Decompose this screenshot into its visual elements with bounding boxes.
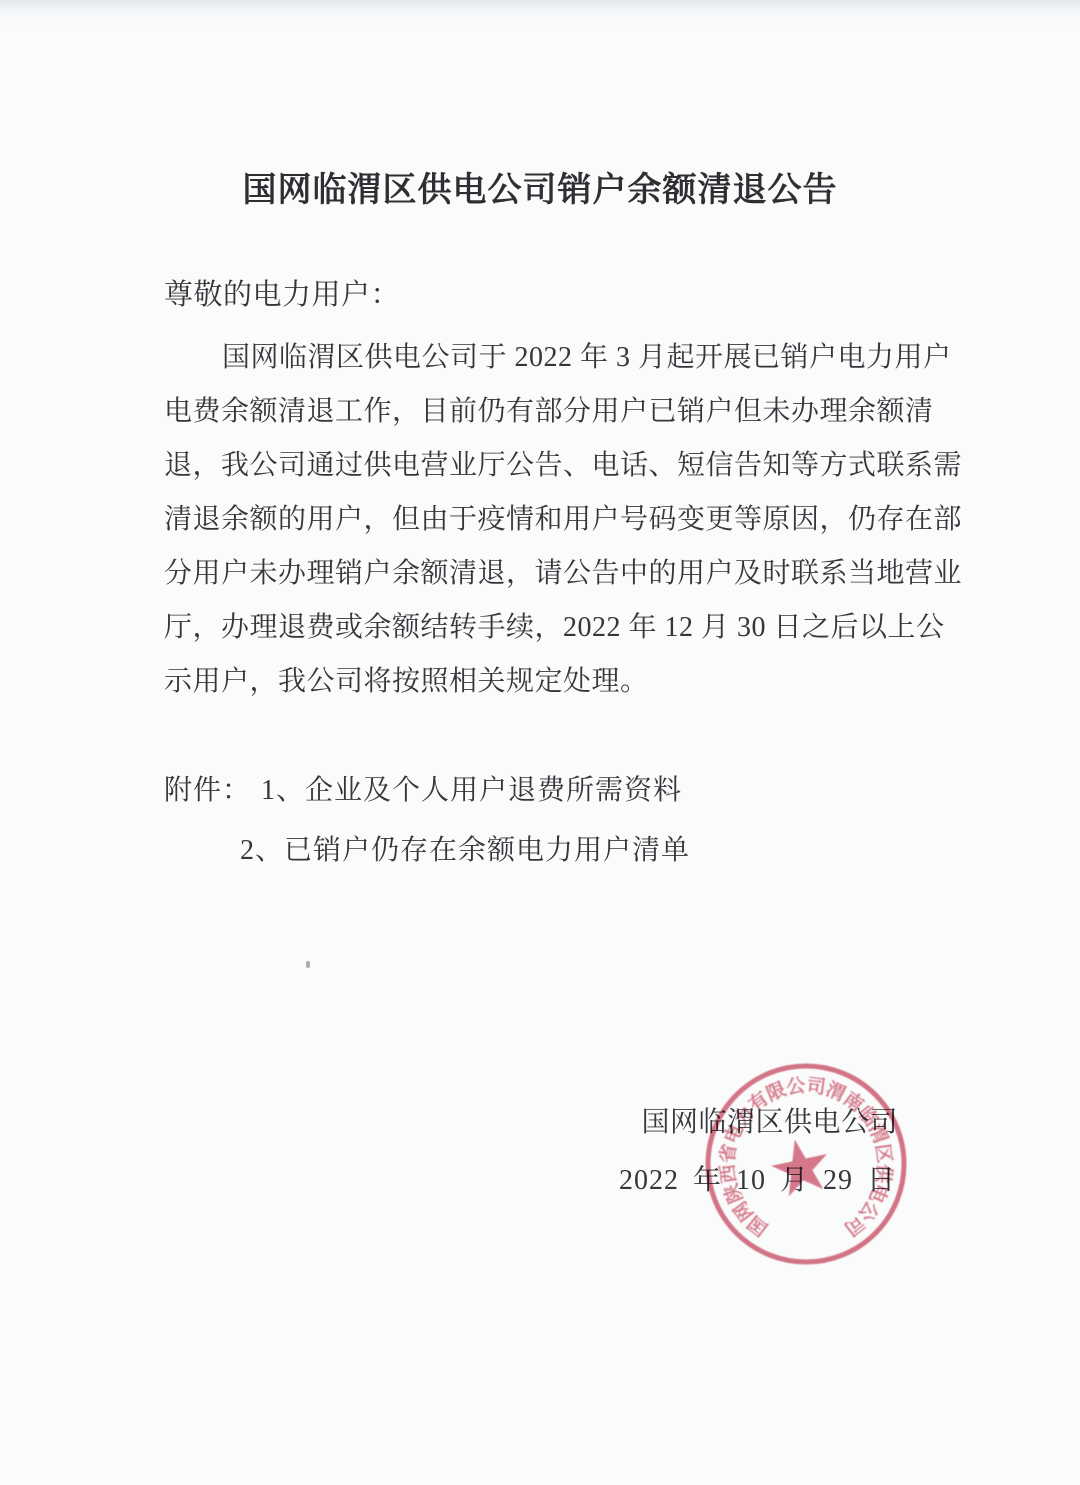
body-line: 国网临渭区供电公司于 2022 年 3 月起开展已销户电力用户: [164, 331, 908, 385]
document-title: 国网临渭区供电公司销户余额清退公告: [0, 162, 1080, 211]
attachments-label: 附件：: [164, 775, 251, 806]
body-paragraph: 国网临渭区供电公司于 2022 年 3 月起开展已销户电力用户 电费余额清退工作…: [164, 331, 908, 709]
signature-date: 2022 年 10 月 29 日: [619, 1158, 896, 1198]
body-line: 退，我公司通过供电营业厅公告、电话、短信告知等方式联系需: [164, 439, 908, 493]
document-page: 国网临渭区供电公司销户余额清退公告 尊敬的电力用户： 国网临渭区供电公司于 20…: [0, 0, 1080, 1485]
svg-text:公: 公: [853, 1197, 883, 1226]
body-line: 分用户未办理销户余额清退，请公告中的用户及时联系当地营业: [164, 547, 908, 601]
svg-text:国: 国: [744, 1211, 773, 1240]
attachment-item-1: 1、企业及个人用户退费所需资料: [261, 775, 682, 806]
body-line: 清退余额的用户，但由于疫情和用户号码变更等原因，仍存在部: [164, 493, 908, 547]
attachment-item-2: 2、已销户仍存在余额电力用户清单: [240, 828, 690, 868]
scan-speck: [306, 961, 310, 968]
signature-company: 国网临渭区供电公司: [641, 1100, 898, 1140]
svg-text:司: 司: [805, 1075, 827, 1099]
scan-artifact-top: [0, 0, 1080, 30]
svg-text:公: 公: [785, 1074, 808, 1098]
body-line: 厅，办理退费或余额结转手续，2022 年 12 月 30 日之后以上公: [164, 601, 908, 655]
svg-text:网: 网: [729, 1197, 758, 1225]
attachments-row-1: 附件：1、企业及个人用户退费所需资料: [164, 768, 682, 808]
scan-speck: [666, 792, 670, 796]
body-line: 电费余额清退工作，目前仍有部分用户已销户但未办理余额清: [164, 385, 908, 439]
body-line: 示用户，我公司将按照相关规定处理。: [164, 655, 908, 709]
svg-text:司: 司: [840, 1211, 869, 1240]
salutation: 尊敬的电力用户：: [164, 272, 400, 313]
